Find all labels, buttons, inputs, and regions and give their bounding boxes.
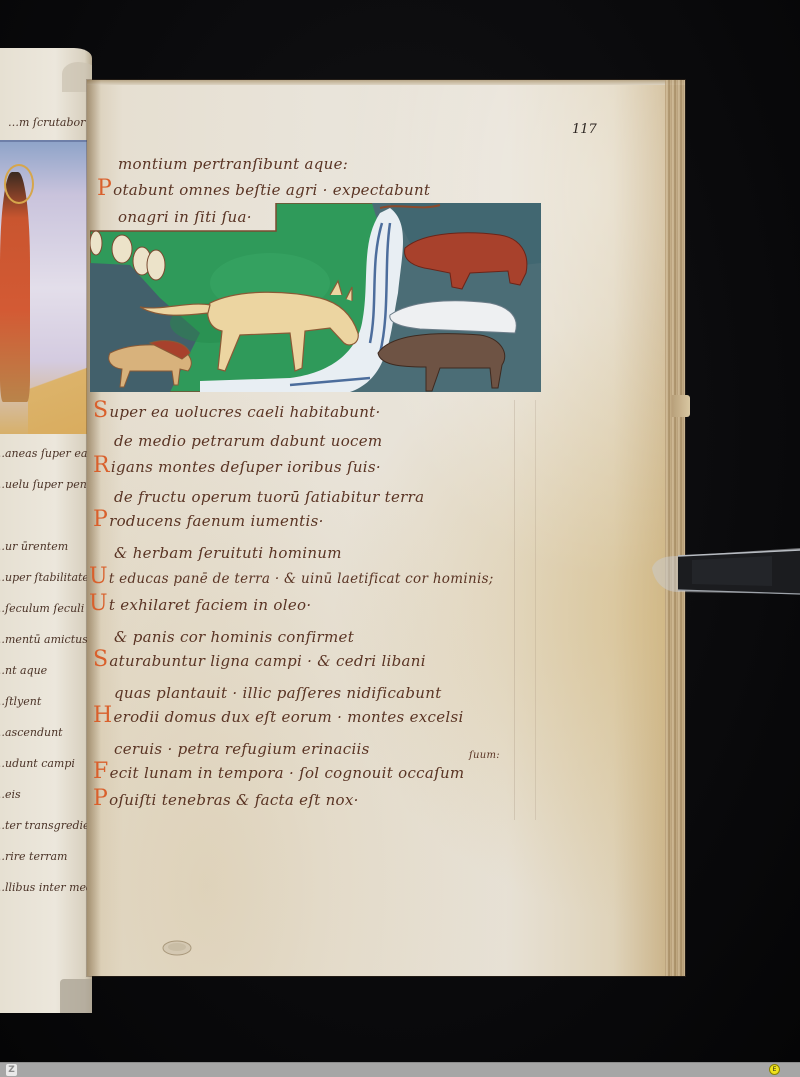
left-line: …ter transgredientur bbox=[0, 810, 90, 841]
left-page-heading: …m ſcrutabor bbox=[8, 116, 85, 129]
line-text: montium pertranſibunt aque: bbox=[118, 155, 348, 173]
parchment-hole bbox=[157, 938, 197, 958]
left-line: …ſtlyent bbox=[0, 686, 90, 717]
text-line: Herodii domus dux eſt eorum · montes exc… bbox=[93, 703, 464, 728]
line-text: erodii domus dux eſt eorum · montes exce… bbox=[114, 708, 464, 726]
left-line: …aneas ſuper eas nubem bbox=[0, 438, 90, 469]
left-page-text: …aneas ſuper eas nubem …uelu ſuper penna… bbox=[0, 438, 90, 903]
text-line: de fructu operum tuorū ſatiabitur terra bbox=[113, 483, 424, 508]
initial: F bbox=[93, 759, 109, 784]
line-text: quas plantauit · illic paſſeres nidifica… bbox=[114, 684, 442, 702]
text-line: Fecit lunam in tempora · ſol cognouit oc… bbox=[93, 759, 464, 784]
line-text: de medio petrarum dabunt uocem bbox=[114, 432, 382, 450]
text-line: & herbam ſeruituti hominum bbox=[113, 539, 342, 564]
line-text: de fructu operum tuorū ſatiabitur terra bbox=[114, 488, 424, 506]
left-line: …uelu ſuper pennas uentor bbox=[0, 469, 90, 500]
left-page-illumination bbox=[0, 140, 88, 434]
manuscript-page: 117 montium pertranſibunt aque: Potabunt… bbox=[87, 80, 685, 976]
page-holder-clip bbox=[652, 548, 800, 600]
line-text: igans montes deſuper ioribus ſuis· bbox=[111, 458, 381, 476]
left-line: …ascendunt bbox=[0, 717, 90, 748]
left-line: …ur ūrentem bbox=[0, 531, 90, 562]
page-tab bbox=[672, 395, 690, 417]
initial: S bbox=[93, 398, 108, 423]
initial: R bbox=[93, 453, 110, 478]
line-text: ceruis · petra refugium erinaciis bbox=[114, 740, 370, 758]
rights-badge-icon[interactable]: E bbox=[769, 1064, 780, 1075]
left-line bbox=[0, 500, 90, 531]
text-line: Rigans montes deſuper ioribus ſuis· bbox=[93, 453, 381, 478]
line-text: t exhilaret faciem in oleo· bbox=[109, 596, 312, 614]
page-stub bbox=[60, 979, 92, 1013]
text-line: Producens faenum iumentis· bbox=[93, 507, 324, 532]
line-text: t educas panē de terra · & uinū laetific… bbox=[109, 571, 494, 587]
text-line: Ut exhilaret faciem in oleo· bbox=[89, 591, 311, 616]
text-line: Super ea uolucres caeli habitabunt· bbox=[93, 398, 381, 423]
text-line: & panis cor hominis confirmet bbox=[113, 623, 354, 648]
left-line: …nt aque bbox=[0, 655, 90, 686]
left-line: …uper ſtabilitatem ſuā bbox=[0, 562, 90, 593]
text-line: Saturabuntur ligna campi · & cedri liban… bbox=[93, 647, 426, 672]
line-text: & panis cor hominis confirmet bbox=[114, 628, 354, 646]
initial: S bbox=[93, 647, 108, 672]
line-text: aturabuntur ligna campi · & cedri libani bbox=[109, 652, 425, 670]
page-text: montium pertranſibunt aque: Potabunt omn… bbox=[87, 80, 685, 976]
text-line: Poſuiſti tenebras & facta eſt nox· bbox=[93, 786, 359, 811]
text-line: de medio petrarum dabunt uocem bbox=[113, 427, 382, 452]
text-line: montium pertranſibunt aque: bbox=[117, 150, 348, 175]
line-text: oſuiſti tenebras & facta eſt nox· bbox=[109, 791, 359, 809]
initial: P bbox=[93, 507, 108, 532]
text-line: quas plantauit · illic paſſeres nidifica… bbox=[113, 679, 442, 704]
left-line: …mentū amictus eius bbox=[0, 624, 90, 655]
interlinear-gloss: ſuum: bbox=[469, 750, 500, 761]
left-line: …rire terram bbox=[0, 841, 90, 872]
left-facing-page: …m ſcrutabor …aneas ſuper eas nubem …uel… bbox=[0, 48, 92, 1013]
line-text: ecit lunam in tempora · ſol cognouit occ… bbox=[110, 764, 465, 782]
initial: P bbox=[93, 786, 108, 811]
initial: U bbox=[89, 591, 108, 616]
ochre-ground bbox=[28, 344, 88, 434]
left-line: …udunt campi bbox=[0, 748, 90, 779]
left-line: …ſeculum ſeculi bbox=[0, 593, 90, 624]
left-line: …llibus inter medio bbox=[0, 872, 90, 903]
line-text: & herbam ſeruituti hominum bbox=[114, 544, 342, 562]
text-line: Ut educas panē de terra · & uinū laetifi… bbox=[89, 564, 494, 589]
library-logo-icon[interactable]: Z bbox=[6, 1064, 17, 1076]
robed-figure bbox=[0, 172, 30, 402]
initial: U bbox=[89, 564, 108, 589]
initial: P bbox=[97, 176, 112, 201]
initial: H bbox=[93, 703, 113, 728]
illuminated-miniature bbox=[90, 203, 541, 392]
viewer-footer: Z E bbox=[0, 1062, 800, 1077]
halo bbox=[4, 164, 34, 204]
text-line: ceruis · petra refugium erinaciis bbox=[113, 735, 370, 760]
text-line: Potabunt omnes beſtie agri · expectabunt bbox=[97, 176, 430, 201]
line-text: otabunt omnes beſtie agri · expectabunt bbox=[113, 181, 430, 199]
line-text: uper ea uolucres caeli habitabunt· bbox=[109, 403, 380, 421]
left-line: …eis bbox=[0, 779, 90, 810]
line-text: roducens faenum iumentis· bbox=[109, 512, 324, 530]
